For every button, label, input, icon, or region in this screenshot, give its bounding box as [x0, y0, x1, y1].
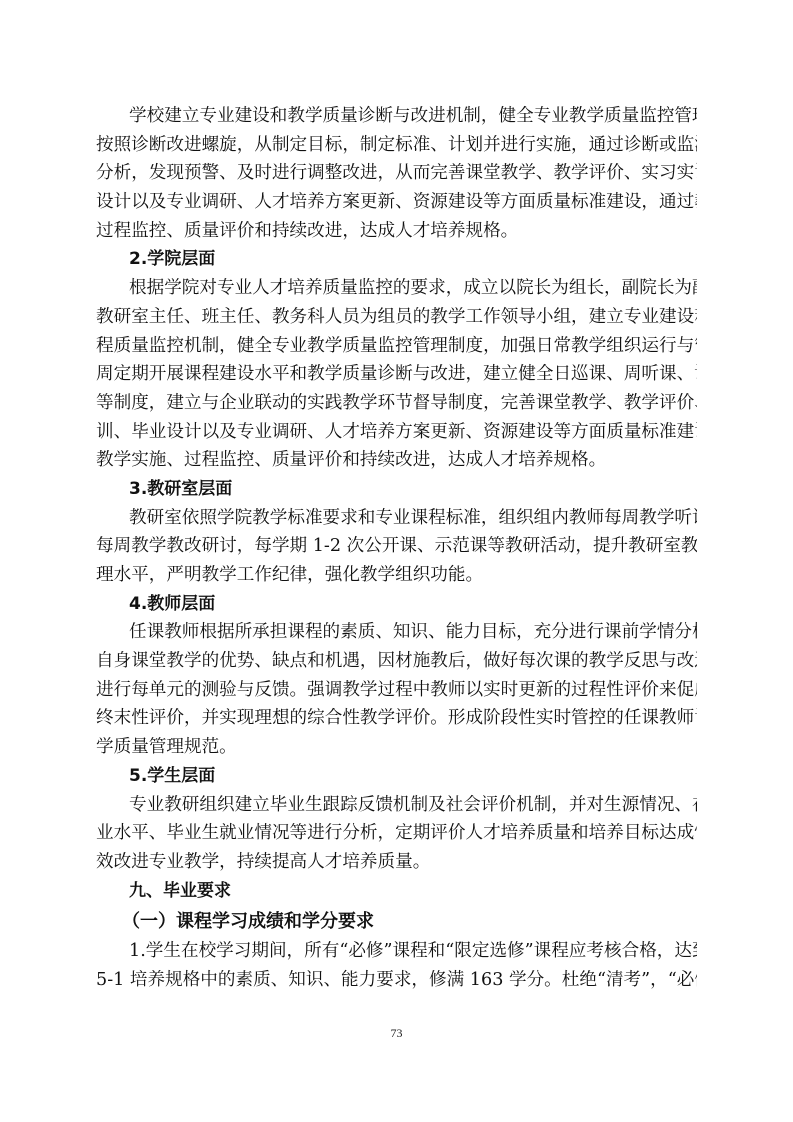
- paragraph-line: 进行每单元的测验与反馈。强调教学过程中教师以实时更新的过程性评价来促成更好的: [96, 676, 697, 705]
- paragraph-line: 等制度，建立与企业联动的实践教学环节督导制度，完善课堂教学、教学评价、实习实: [96, 389, 697, 418]
- page-number: 73: [0, 1026, 793, 1041]
- paragraph-line: 终末性评价，并实现理想的综合性教学评价。形成阶段性实时管控的任课教师课堂内教: [96, 704, 697, 733]
- paragraph-line: 按照诊断改进螺旋，从制定目标，制定标准、计划并进行实施，通过诊断或监测，进行: [96, 131, 697, 160]
- paragraph-line: 业水平、毕业生就业情况等进行分析，定期评价人才培养质量和培养目标达成情况，有: [96, 819, 697, 848]
- text-column: 学校建立专业建设和教学质量诊断与改进机制，健全专业教学质量监控管理制度。 按照诊…: [96, 102, 697, 995]
- paragraph-line: 理水平，严明教学工作纪律，强化教学组织功能。: [96, 561, 697, 590]
- paragraph-line: 自身课堂教学的优势、缺点和机遇，因材施教后，做好每次课的教学反思与改进，定期: [96, 647, 697, 676]
- paragraph-line: 学校建立专业建设和教学质量诊断与改进机制，健全专业教学质量监控管理制度。: [96, 102, 697, 131]
- subsection-heading-course-credits: （一）课程学习成绩和学分要求: [96, 906, 697, 937]
- chapter-heading-graduation-requirements: 九、毕业要求: [96, 877, 697, 906]
- paragraph-line: 训、毕业设计以及专业调研、人才培养方案更新、资源建设等方面质量标准建设，通过: [96, 418, 697, 447]
- paragraph-line: 教研室主任、班主任、教务科人员为组员的教学工作领导小组，建立专业建设和教学过: [96, 303, 697, 332]
- section-heading-teaching-office-level: 3.教研室层面: [96, 475, 697, 504]
- paragraph-line: 专业教研组织建立毕业生跟踪反馈机制及社会评价机制，并对生源情况、在校生学: [96, 791, 697, 820]
- paragraph-line: 设计以及专业调研、人才培养方案更新、资源建设等方面质量标准建设，通过教学实施、: [96, 188, 697, 217]
- paragraph-line: 程质量监控机制，健全专业教学质量监控管理制度，加强日常教学组织运行与管理，每: [96, 332, 697, 361]
- paragraph-line: 教学实施、过程监控、质量评价和持续改进，达成人才培养规格。: [96, 446, 697, 475]
- paragraph-line: 周定期开展课程建设水平和教学质量诊断与改进，建立健全日巡课、周听课、评教评学: [96, 360, 697, 389]
- section-heading-student-level: 5.学生层面: [96, 762, 697, 791]
- paragraph-line: 学质量管理规范。: [96, 733, 697, 762]
- section-heading-teacher-level: 4.教师层面: [96, 590, 697, 619]
- paragraph-line: 根据学院对专业人才培养质量监控的要求，成立以院长为组长，副院长为副组长，: [96, 274, 697, 303]
- section-heading-college-level: 2.学院层面: [96, 245, 697, 274]
- document-page: 学校建立专业建设和教学质量诊断与改进机制，健全专业教学质量监控管理制度。 按照诊…: [0, 0, 793, 1122]
- paragraph-line: 效改进专业教学，持续提高人才培养质量。: [96, 848, 697, 877]
- paragraph-line: 1.学生在校学习期间，所有“必修”课程和“限定选修”课程应考核合格，达到表: [96, 937, 697, 966]
- paragraph-line: 教研室依照学院教学标准要求和专业课程标准，组织组内教师每周教学听课互评，: [96, 504, 697, 533]
- paragraph-line: 分析，发现预警、及时进行调整改进，从而完善课堂教学、教学评价、实习实训、毕业: [96, 159, 697, 188]
- paragraph-line: 5-1 培养规格中的素质、知识、能力要求，修满 163 学分。杜绝“清考”，“必…: [96, 966, 697, 995]
- paragraph-line: 每周教学教改研讨，每学期 1-2 次公开课、示范课等教研活动，提升教研室教学质量…: [96, 532, 697, 561]
- paragraph-line: 任课教师根据所承担课程的素质、知识、能力目标，充分进行课前学情分析，整理: [96, 618, 697, 647]
- paragraph-line: 过程监控、质量评价和持续改进，达成人才培养规格。: [96, 217, 697, 246]
